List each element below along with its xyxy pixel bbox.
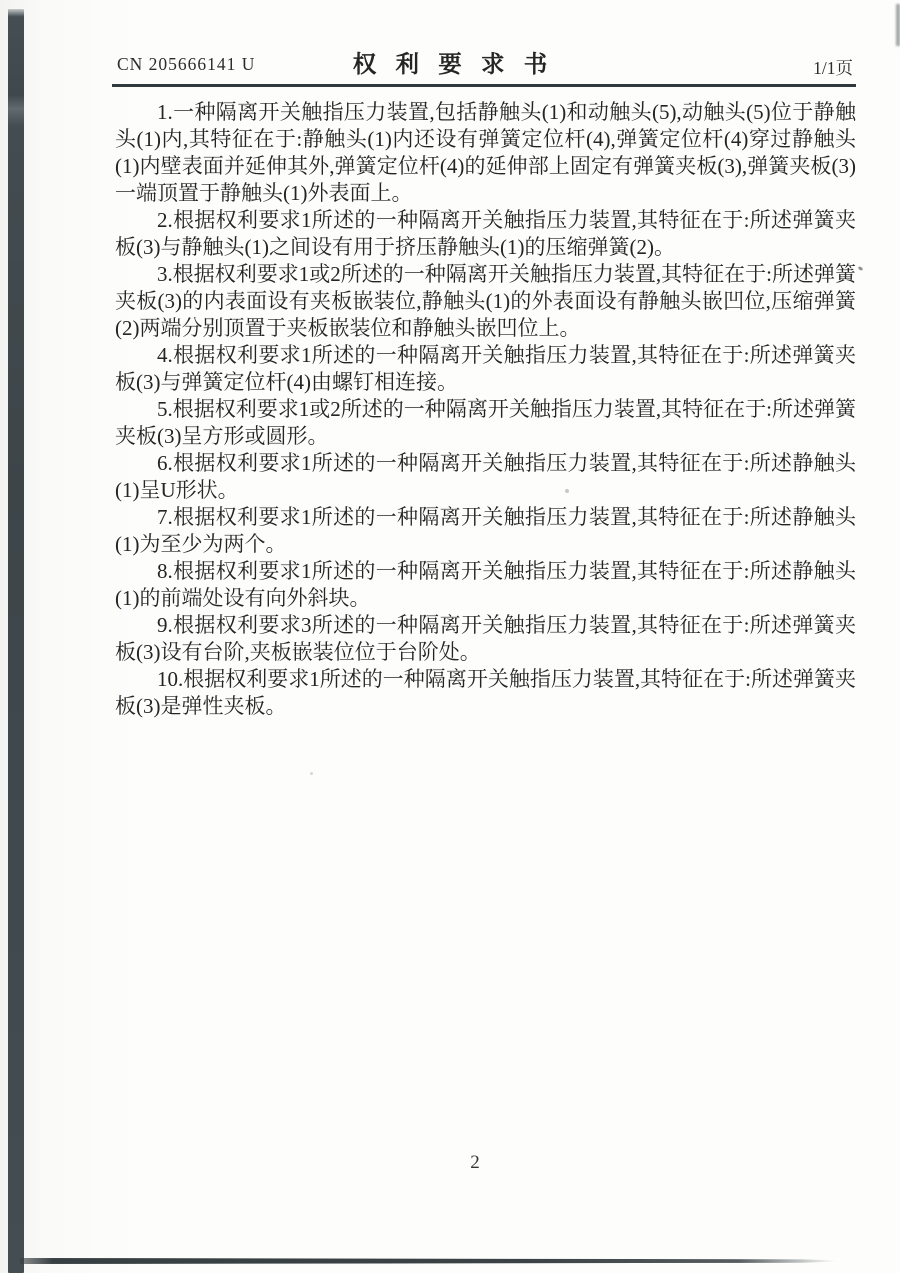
page-number: 2 xyxy=(0,1152,900,1174)
header-rule xyxy=(112,84,856,87)
claim-1: 1.一种隔离开关触指压力装置,包括静触头(1)和动触头(5),动触头(5)位于静… xyxy=(115,99,856,207)
claim-2: 2.根据权利要求1所述的一种隔离开关触指压力装置,其特征在于:所述弹簧夹板(3)… xyxy=(115,207,856,261)
claim-6: 6.根据权利要求1所述的一种隔离开关触指压力装置,其特征在于:所述静触头(1)呈… xyxy=(115,450,856,504)
claim-3: 3.根据权利要求1或2所述的一种隔离开关触指压力装置,其特征在于:所述弹簧夹板(… xyxy=(115,261,856,342)
scanned-patent-claims-sheet: { "header": { "publication_number": "CN … xyxy=(0,0,900,1273)
scan-edge-left-bar xyxy=(8,9,24,1273)
claim-9: 9.根据权利要求3所述的一种隔离开关触指压力装置,其特征在于:所述弹簧夹板(3)… xyxy=(115,612,856,666)
document-title: 权利要求书 xyxy=(0,45,900,79)
scan-edge-bottom-bar xyxy=(20,1258,836,1264)
patent-claims-page: CN 205666141 U 权利要求书 1/1页 1.一种隔离开关触指压力装置… xyxy=(0,0,900,1273)
claim-10: 10.根据权利要求1所述的一种隔离开关触指压力装置,其特征在于:所述弹簧夹板(3… xyxy=(115,666,856,720)
scan-speck xyxy=(858,266,864,271)
scan-speck xyxy=(565,489,569,493)
claim-8: 8.根据权利要求1所述的一种隔离开关触指压力装置,其特征在于:所述静触头(1)的… xyxy=(115,558,856,612)
page-indicator: 1/1页 xyxy=(813,55,853,80)
scan-edge-top-right-smudge xyxy=(896,4,900,46)
claim-4: 4.根据权利要求1所述的一种隔离开关触指压力装置,其特征在于:所述弹簧夹板(3)… xyxy=(115,342,856,396)
claim-7: 7.根据权利要求1所述的一种隔离开关触指压力装置,其特征在于:所述静触头(1)为… xyxy=(115,504,856,558)
scan-speck xyxy=(310,772,313,775)
claims-body: 1.一种隔离开关触指压力装置,包括静触头(1)和动触头(5),动触头(5)位于静… xyxy=(115,99,856,720)
claim-5: 5.根据权利要求1或2所述的一种隔离开关触指压力装置,其特征在于:所述弹簧夹板(… xyxy=(115,396,856,450)
